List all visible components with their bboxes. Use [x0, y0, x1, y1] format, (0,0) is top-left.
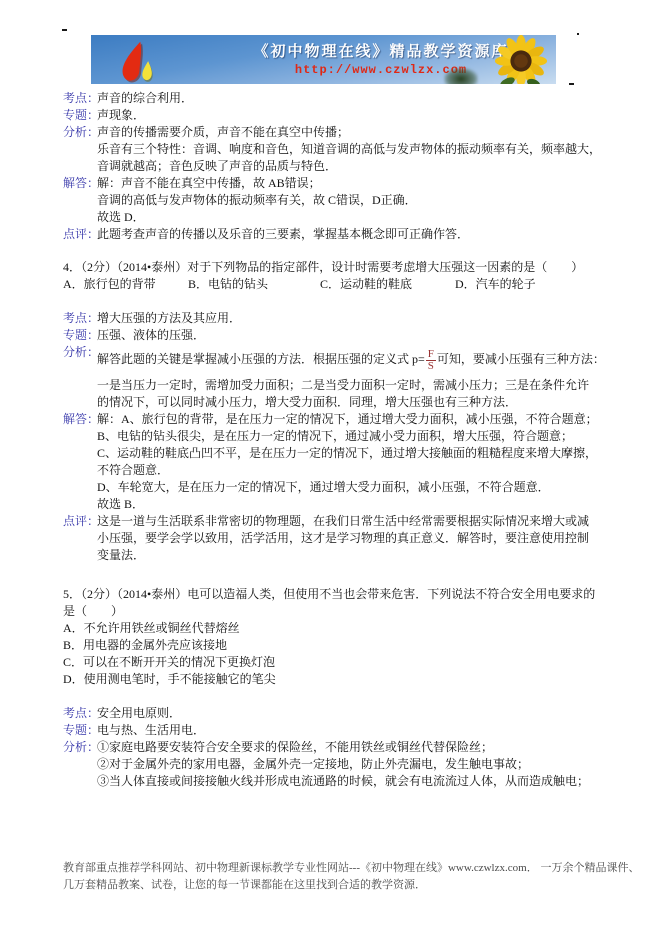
text-line: 的情况下，可以同时减小压力，增大受力面积．同理，增大压强也有三种方法． [97, 394, 608, 411]
document-body: 考点： 声音的综合利用． 专题： 声现象． 分析： 声音的传播需要介质，声音不能… [63, 90, 608, 790]
option-a: A．旅行包的背带 [63, 276, 188, 293]
scan-artifact-dot [577, 33, 579, 35]
zhuanti-label: 专题： [63, 107, 97, 124]
text-line: 不符合题意． [97, 462, 608, 479]
q4-zhuanti-row: 专题： 压强、液体的压强． [63, 327, 608, 344]
q3-kaodian-text: 声音的综合利用． [97, 90, 608, 107]
q4-fenxi-text: 解答此题的关键是掌握减小压强的方法．根据压强的定义式 p=FS可知，要减小压强有… [97, 344, 608, 411]
text-segment: 可知，要减小压强有三种方法： [437, 352, 605, 366]
jieda-label: 解答： [63, 411, 97, 513]
text-line: 故选 D． [97, 209, 608, 226]
q4-zhuanti-text: 压强、液体的压强． [97, 327, 608, 344]
kaodian-label: 考点： [63, 90, 97, 107]
text-line: 音调就越高；音色反映了声音的品质与特色． [97, 158, 608, 175]
leaf-shadow-decoration [444, 68, 478, 84]
formula-line: 解答此题的关键是掌握减小压强的方法．根据压强的定义式 p=FS可知，要减小压强有… [97, 344, 608, 374]
text-segment: 解答此题的关键是掌握减小压强的方法．根据压强的定义式 p= [97, 352, 425, 366]
question-5: 5．（2分）（2014•泰州）电可以造福人类，但使用不当也会带来危害．下列说法不… [63, 586, 608, 688]
scan-artifact-dash [569, 83, 574, 85]
q4-kaodian-text: 增大压强的方法及其应用． [97, 310, 608, 327]
text-line: 乐音有三个特性：音调、响度和音色，知道音调的高低与发声物体的振动频率有关，频率越… [97, 141, 608, 158]
text-line: ②对于金属外壳的家用电器，金属外壳一定接地，防止外壳漏电，发生触电事故； [97, 756, 608, 773]
q3-zhuanti-text: 声现象． [97, 107, 608, 124]
q5-fenxi-row: 分析： ①家庭电路要安装符合安全要求的保险丝，不能用铁丝或铜丝代替保险丝； ②对… [63, 739, 608, 790]
dianping-label: 点评： [63, 513, 97, 564]
sunflower-icon [492, 35, 550, 84]
site-banner: 《初中物理在线》精品教学资源库 http://www.czwlzx.com [91, 35, 556, 84]
question-4-options: A．旅行包的背带 B．电钻的钻头 C．运动鞋的鞋底 D．汽车的轮子 [63, 276, 608, 293]
q5-kaodian-row: 考点： 安全用电原则． [63, 705, 608, 722]
q5-zhuanti-text: 电与热、生活用电． [97, 722, 608, 739]
question-5-stem: 5．（2分）（2014•泰州）电可以造福人类，但使用不当也会带来危害．下列说法不… [63, 586, 608, 603]
option-b: B．用电器的金属外壳应该接地 [63, 637, 608, 654]
q4-fenxi-row: 分析： 解答此题的关键是掌握减小压强的方法．根据压强的定义式 p=FS可知，要减… [63, 344, 608, 411]
q3-zhuanti-row: 专题： 声现象． [63, 107, 608, 124]
option-d: D．汽车的轮子 [455, 276, 536, 293]
option-c: C．可以在不断开开关的情况下更换灯泡 [63, 654, 608, 671]
question-4: 4．（2分）（2014•泰州）对于下列物品的指定部件，设计时需要考虑增大压强这一… [63, 259, 608, 293]
banner-url: http://www.czwlzx.com [231, 63, 531, 77]
site-footer: 教育部重点推荐学科网站、初中物理新课标教学专业性网站---《初中物理在线》www… [63, 860, 608, 894]
zhuanti-label: 专题： [63, 722, 97, 739]
q4-dianping-text: 这是一道与生活联系非常密切的物理题，在我们日常生活中经常需要根据实际情况来增大或… [97, 513, 608, 564]
q3-fenxi-row: 分析： 声音的传播需要介质，声音不能在真空中传播； 乐音有三个特性：音调、响度和… [63, 124, 608, 175]
question-5-stem-cont: 是（ ） [63, 603, 608, 620]
q4-kaodian-row: 考点： 增大压强的方法及其应用． [63, 310, 608, 327]
text-line: 一是当压力一定时，需增加受力面积；二是当受力面积一定时，需减小压力；三是在条件允… [97, 377, 608, 394]
q3-fenxi-text: 声音的传播需要介质，声音不能在真空中传播； 乐音有三个特性：音调、响度和音色，知… [97, 124, 608, 175]
kaodian-label: 考点： [63, 310, 97, 327]
text-line: 解：声音不能在真空中传播，故 AB错误； [97, 175, 608, 192]
option-d: D．使用测电笔时，手不能接触它的笔尖 [63, 671, 608, 688]
fenxi-label: 分析： [63, 739, 97, 790]
q3-dianping-row: 点评： 此题考查声音的传播以及乐音的三要素，掌握基本概念即可正确作答． [63, 226, 608, 243]
text-line: 小压强，要学会学以致用，活学活用，这才是学习物理的真正意义．解答时，要注意使用控… [97, 530, 608, 547]
q4-jieda-text: 解：A、旅行包的背带，是在压力一定的情况下，通过增大受力面积，减小压强，不符合题… [97, 411, 608, 513]
jieda-label: 解答： [63, 175, 97, 226]
option-b: B．电钻的钻头 [188, 276, 320, 293]
text-line: C、运动鞋的鞋底凸凹不平，是在压力一定的情况下，通过增大接触面的粗糙程度来增大摩… [97, 445, 608, 462]
q3-dianping-text: 此题考查声音的传播以及乐音的三要素，掌握基本概念即可正确作答． [97, 226, 608, 243]
fenxi-label: 分析： [63, 124, 97, 175]
text-line: 解：A、旅行包的背带，是在压力一定的情况下，通过增大受力面积，减小压强，不符合题… [97, 411, 608, 428]
text-line: 声音的传播需要介质，声音不能在真空中传播； [97, 124, 608, 141]
q3-jieda-text: 解：声音不能在真空中传播，故 AB错误； 音调的高低与发声物体的振动频率有关，故… [97, 175, 608, 226]
q5-fenxi-text: ①家庭电路要安装符合安全要求的保险丝，不能用铁丝或铜丝代替保险丝； ②对于金属外… [97, 739, 608, 790]
kaodian-label: 考点： [63, 705, 97, 722]
text-line: 这是一道与生活联系非常密切的物理题，在我们日常生活中经常需要根据实际情况来增大或… [97, 513, 608, 530]
dianping-label: 点评： [63, 226, 97, 243]
fraction-denominator: S [426, 361, 436, 372]
text-line: 变量法． [97, 547, 608, 564]
q3-jieda-row: 解答： 解：声音不能在真空中传播，故 AB错误； 音调的高低与发声物体的振动频率… [63, 175, 608, 226]
pressure-fraction: FS [426, 349, 436, 372]
question-4-stem: 4．（2分）（2014•泰州）对于下列物品的指定部件，设计时需要考虑增大压强这一… [63, 259, 608, 276]
site-logo-icon [113, 40, 157, 84]
banner-text-group: 《初中物理在线》精品教学资源库 http://www.czwlzx.com [231, 40, 531, 77]
text-line: B、电钻的钻头很尖，是在压力一定的情况下，通过减小受力面积，增大压强，符合题意； [97, 428, 608, 445]
zhuanti-label: 专题： [63, 327, 97, 344]
footer-line: 教育部重点推荐学科网站、初中物理新课标教学专业性网站---《初中物理在线》www… [63, 860, 608, 877]
text-line: 音调的高低与发声物体的振动频率有关，故 C错误，D正确． [97, 192, 608, 209]
fraction-numerator: F [426, 349, 436, 361]
q3-kaodian-row: 考点： 声音的综合利用． [63, 90, 608, 107]
option-c: C．运动鞋的鞋底 [320, 276, 455, 293]
option-a: A．不允许用铁丝或铜丝代替熔丝 [63, 620, 608, 637]
text-line: ①家庭电路要安装符合安全要求的保险丝，不能用铁丝或铜丝代替保险丝； [97, 739, 608, 756]
q4-jieda-row: 解答： 解：A、旅行包的背带，是在压力一定的情况下，通过增大受力面积，减小压强，… [63, 411, 608, 513]
text-line: 故选 B． [97, 496, 608, 513]
fenxi-label: 分析： [63, 344, 97, 411]
banner-title: 《初中物理在线》精品教学资源库 [231, 40, 531, 61]
q4-explanation: 考点： 增大压强的方法及其应用． 专题： 压强、液体的压强． 分析： 解答此题的… [63, 310, 608, 564]
q5-kaodian-text: 安全用电原则． [97, 705, 608, 722]
q5-explanation: 考点： 安全用电原则． 专题： 电与热、生活用电． 分析： ①家庭电路要安装符合… [63, 705, 608, 790]
text-line: ③当人体直接或间接接触火线并形成电流通路的时候，就会有电流流过人体，从而造成触电… [97, 773, 608, 790]
q4-dianping-row: 点评： 这是一道与生活联系非常密切的物理题，在我们日常生活中经常需要根据实际情况… [63, 513, 608, 564]
q5-zhuanti-row: 专题： 电与热、生活用电． [63, 722, 608, 739]
scan-artifact-dash [62, 29, 67, 31]
text-line: D、车轮宽大，是在压力一定的情况下，通过增大受力面积，减小压强，不符合题意． [97, 479, 608, 496]
footer-line: 几万套精品教案、试卷，让您的每一节课都能在这里找到合适的教学资源． [63, 877, 608, 894]
